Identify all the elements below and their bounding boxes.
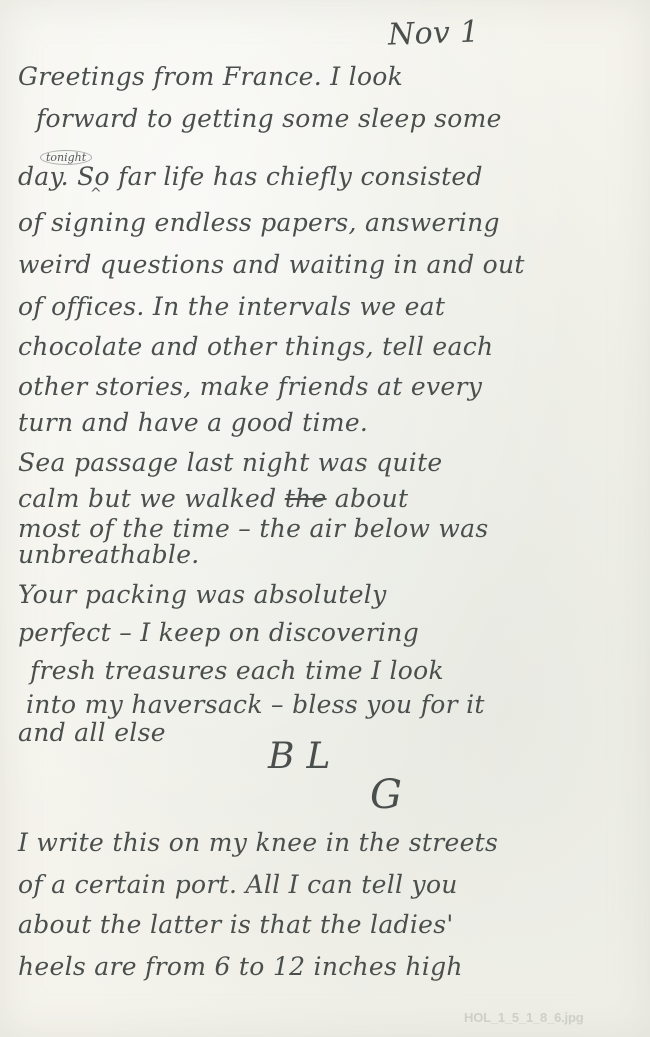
letter-line-13: unbreathable. xyxy=(18,540,200,569)
signature-initial: G xyxy=(370,772,402,818)
postscript-line-1: I write this on my knee in the streets xyxy=(18,828,498,857)
letter-date: Nov 1 xyxy=(387,14,480,52)
letter-line-7: chocolate and other things, tell each xyxy=(18,332,493,361)
postscript-line-2: of a certain port. All I can tell you xyxy=(18,870,458,899)
letter-line-18: and all else xyxy=(18,718,166,747)
letter-line-3: day. So far life has chiefly consisted xyxy=(18,162,483,191)
letter-line-15: perfect – I keep on discovering xyxy=(18,618,419,647)
letter-line-8: other stories, make friends at every xyxy=(18,372,482,401)
letter-line-5: weird questions and waiting in and out xyxy=(18,250,525,279)
letter-line-11-start: calm but we walked xyxy=(18,484,276,513)
letter-signoff: B L xyxy=(268,736,331,777)
postscript-line-3: about the latter is that the ladies' xyxy=(18,910,454,939)
postscript-line-4: heels are from 6 to 12 inches high xyxy=(18,952,463,981)
letter-line-16: fresh treasures each time I look xyxy=(30,656,444,685)
letter-line-4: of signing endless papers, answering xyxy=(18,208,500,237)
letter-line-10: Sea passage last night was quite xyxy=(18,448,443,477)
letter-line-11: calm but we walked the about xyxy=(18,484,408,513)
struck-word: the xyxy=(285,484,327,513)
letter-line-14: Your packing was absolutely xyxy=(18,580,387,609)
letter-line-17: into my haversack – bless you for it xyxy=(26,690,485,719)
letter-line-2: forward to getting some sleep some xyxy=(36,104,502,133)
letter-line-9: turn and have a good time. xyxy=(18,408,368,437)
letter-line-11-end: about xyxy=(335,484,409,513)
letter-line-6: of offices. In the intervals we eat xyxy=(18,292,445,321)
filename-watermark: HOL_1_5_1_8_6.jpg xyxy=(464,1010,583,1025)
letter-line-12: most of the time – the air below was xyxy=(18,514,488,543)
letter-line-1: Greetings from France. I look xyxy=(18,62,403,91)
letter-page: Nov 1 Greetings from France. I look forw… xyxy=(0,0,650,1037)
